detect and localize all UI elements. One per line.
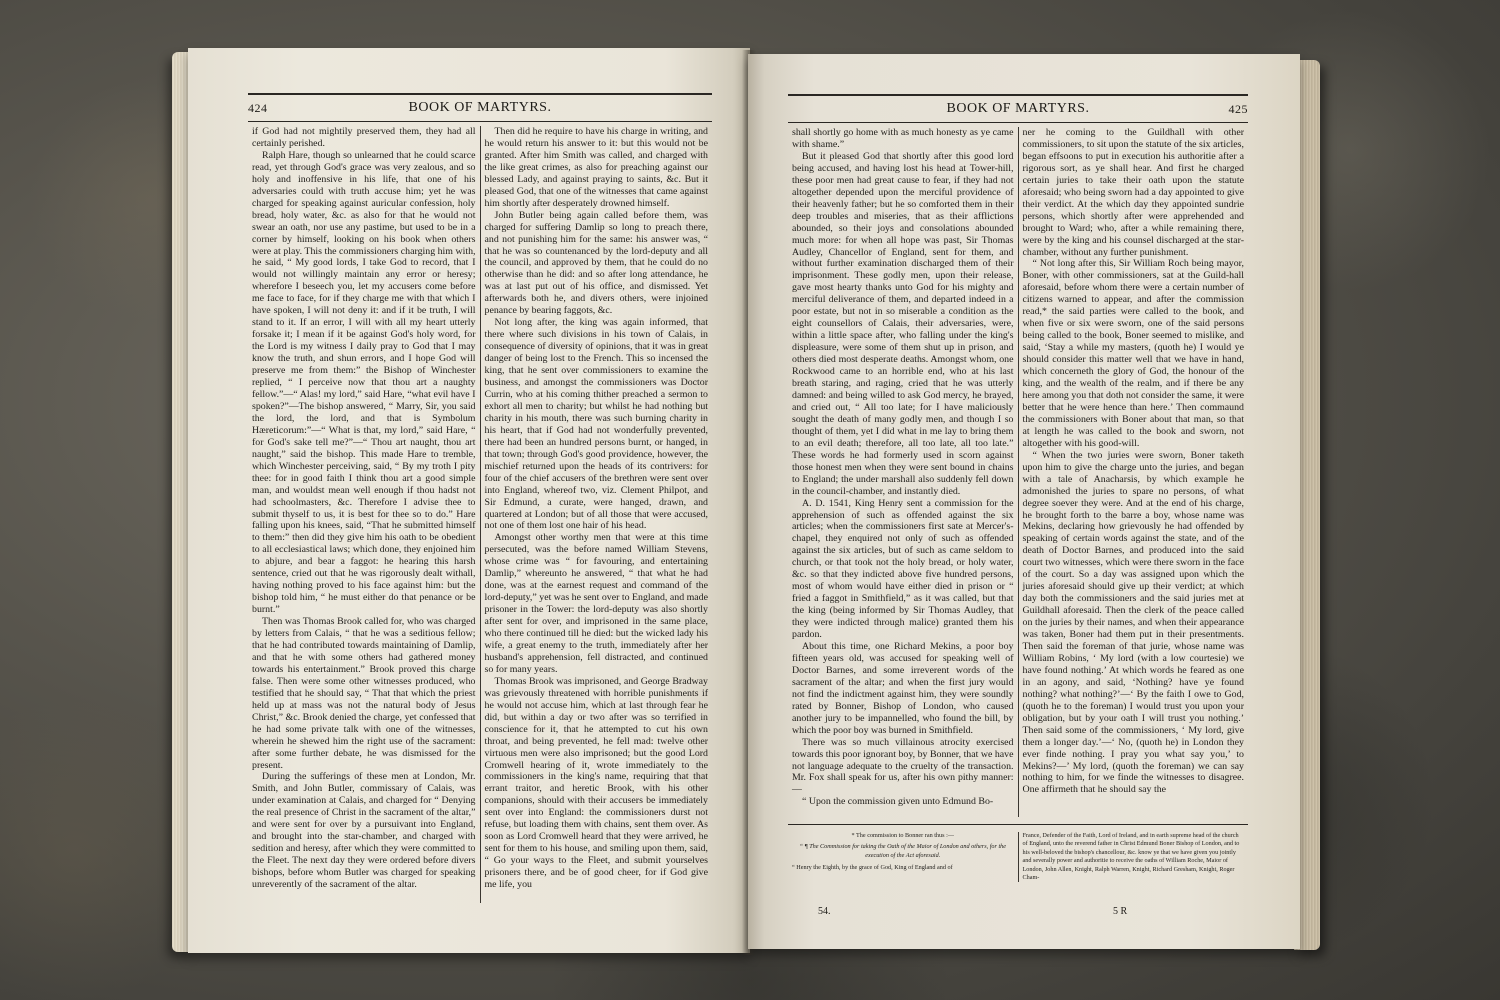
paragraph: shall shortly go home with as much hones… <box>792 127 1014 151</box>
open-book: 424 BOOK OF MARTYRS. if God had not migh… <box>170 40 1320 960</box>
paragraph: “ When the two juries were sworn, Boner … <box>1023 450 1245 797</box>
footnote-divider <box>788 824 1248 825</box>
page-number-right: 425 <box>1229 102 1249 117</box>
right-page: BOOK OF MARTYRS. 425 shall shortly go ho… <box>748 54 1300 949</box>
paragraph: About this time, one Richard Mekins, a p… <box>792 641 1014 737</box>
paragraph: ner he coming to the Guildhall with othe… <box>1023 127 1245 258</box>
paragraph: During the sufferings of these men at Lo… <box>252 771 476 891</box>
left-column-1: if God had not mightily preserved them, … <box>248 126 480 903</box>
footnote-left: * The commission to Bonner ran thus :— “… <box>788 832 1018 882</box>
paragraph: Thomas Brook was imprisoned, and George … <box>485 676 709 891</box>
paragraph: “ Not long after this, Sir William Roch … <box>1023 258 1245 449</box>
left-column-2: Then did he require to have his charge i… <box>480 126 713 903</box>
footnote-right: France, Defender of the Faith, Lord of I… <box>1018 832 1249 882</box>
paragraph: Then was Thomas Brook called for, who wa… <box>252 616 476 771</box>
paragraph: But it pleased God that shortly after th… <box>792 151 1014 498</box>
paragraph: Ralph Hare, though so unlearned that he … <box>252 150 476 616</box>
paragraph: if God had not mightily preserved them, … <box>252 126 476 150</box>
left-page: 424 BOOK OF MARTYRS. if God had not migh… <box>188 48 750 953</box>
footnote-continuation: France, Defender of the Faith, Lord of I… <box>1023 832 1245 882</box>
footnote-heading: * The commission to Bonner ran thus :— <box>792 832 1014 840</box>
right-page-columns: shall shortly go home with as much hones… <box>788 127 1248 817</box>
left-page-columns: if God had not mightily preserved them, … <box>248 126 712 903</box>
right-running-head: BOOK OF MARTYRS. 425 <box>788 94 1248 123</box>
running-title-left: BOOK OF MARTYRS. <box>248 100 712 116</box>
paragraph: A. D. 1541, King Henry sent a commission… <box>792 498 1014 641</box>
signature-mark-left: 54. <box>788 906 953 917</box>
paragraph: Then did he require to have his charge i… <box>485 126 709 210</box>
paragraph: Amongst other worthy men that were at th… <box>485 532 709 675</box>
paragraph: There was so much villainous atrocity ex… <box>792 737 1014 797</box>
footnote-opening: “ Henry the Eighth, by the grace of God,… <box>792 864 1014 872</box>
signature-mark-right: 5 R <box>953 906 1248 917</box>
right-column-2: ner he coming to the Guildhall with othe… <box>1018 127 1249 817</box>
footnotes: * The commission to Bonner ran thus :— “… <box>788 832 1248 882</box>
paragraph: Not long after, the king was again infor… <box>485 317 709 532</box>
page-number-left: 424 <box>248 101 268 116</box>
running-title-right: BOOK OF MARTYRS. <box>788 101 1248 117</box>
paragraph: “ Upon the commission given unto Edmund … <box>792 796 1014 808</box>
right-column-1: shall shortly go home with as much hones… <box>788 127 1018 817</box>
footnote-commission-title: “ ¶ The Commission for taking the Oath o… <box>792 843 1014 860</box>
paragraph: John Butler being again called before th… <box>485 210 709 318</box>
signature-marks: 54. 5 R <box>788 906 1248 917</box>
left-running-head: 424 BOOK OF MARTYRS. <box>248 93 712 122</box>
